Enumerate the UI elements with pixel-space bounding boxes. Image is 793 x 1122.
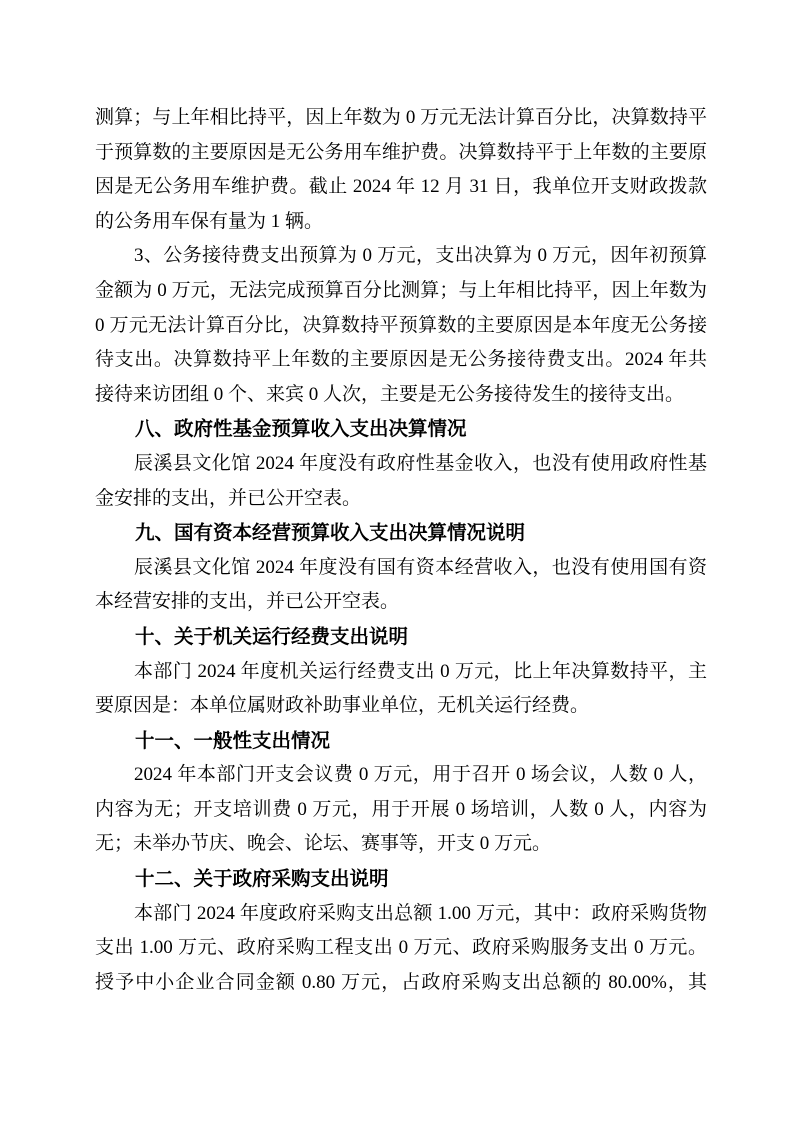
document-page: 测算；与上年相比持平，因上年数为 0 万元无法计算百分比，决算数持平于预算数的主… <box>0 0 793 1122</box>
paragraph-line: 于预算数的主要原因是无公务用车维护费。决算数持平于上年数的主要原 <box>95 136 707 171</box>
paragraph-line: 内容为无；开支培训费 0 万元，用于开展 0 场培训，人数 0 人，内容为 <box>95 793 707 828</box>
paragraph-line: 无；未举办节庆、晚会、论坛、赛事等，开支 0 万元。 <box>95 827 707 862</box>
paragraph-line: 辰溪县文化馆 2024 年度没有政府性基金收入，也没有使用政府性基 <box>95 447 707 482</box>
section-heading: 十一、一般性支出情况 <box>95 724 707 759</box>
section-heading: 十二、关于政府采购支出说明 <box>95 862 707 897</box>
paragraph-line: 接待来访团组 0 个、来宾 0 人次，主要是无公务接待发生的接待支出。 <box>95 378 707 413</box>
paragraph-line: 待支出。决算数持平上年数的主要原因是无公务接待费支出。2024 年共 <box>95 343 707 378</box>
paragraph-line: 金安排的支出，并已公开空表。 <box>95 482 707 517</box>
paragraph-line: 本部门 2024 年度机关运行经费支出 0 万元，比上年决算数持平，主 <box>95 655 707 690</box>
paragraph-line: 金额为 0 万元，无法完成预算百分比测算；与上年相比持平，因上年数为 <box>95 274 707 309</box>
paragraph-line: 3、公务接待费支出预算为 0 万元，支出决算为 0 万元，因年初预算 <box>95 239 707 274</box>
paragraph-line: 因是无公务用车维护费。截止 2024 年 12 月 31 日，我单位开支财政拨款 <box>95 170 707 205</box>
paragraph-line: 测算；与上年相比持平，因上年数为 0 万元无法计算百分比，决算数持平 <box>95 101 707 136</box>
paragraph-line: 的公务用车保有量为 1 辆。 <box>95 205 707 240</box>
paragraph-line: 授予中小企业合同金额 0.80 万元，占政府采购支出总额的 80.00%，其 <box>95 966 707 1001</box>
paragraph-line: 2024 年本部门开支会议费 0 万元，用于召开 0 场会议，人数 0 人， <box>95 758 707 793</box>
paragraph-line: 辰溪县文化馆 2024 年度没有国有资本经营收入，也没有使用国有资 <box>95 551 707 586</box>
paragraph-line: 0 万元无法计算百分比，决算数持平预算数的主要原因是本年度无公务接 <box>95 309 707 344</box>
section-heading: 九、国有资本经营预算收入支出决算情况说明 <box>95 516 707 551</box>
paragraph-line: 要原因是：本单位属财政补助事业单位，无机关运行经费。 <box>95 689 707 724</box>
document-body: 测算；与上年相比持平，因上年数为 0 万元无法计算百分比，决算数持平于预算数的主… <box>95 101 707 1000</box>
paragraph-line: 本经营安排的支出，并已公开空表。 <box>95 585 707 620</box>
paragraph-line: 本部门 2024 年度政府采购支出总额 1.00 万元，其中：政府采购货物 <box>95 897 707 932</box>
paragraph-line: 支出 1.00 万元、政府采购工程支出 0 万元、政府采购服务支出 0 万元。 <box>95 931 707 966</box>
section-heading: 八、政府性基金预算收入支出决算情况 <box>95 412 707 447</box>
section-heading: 十、关于机关运行经费支出说明 <box>95 620 707 655</box>
